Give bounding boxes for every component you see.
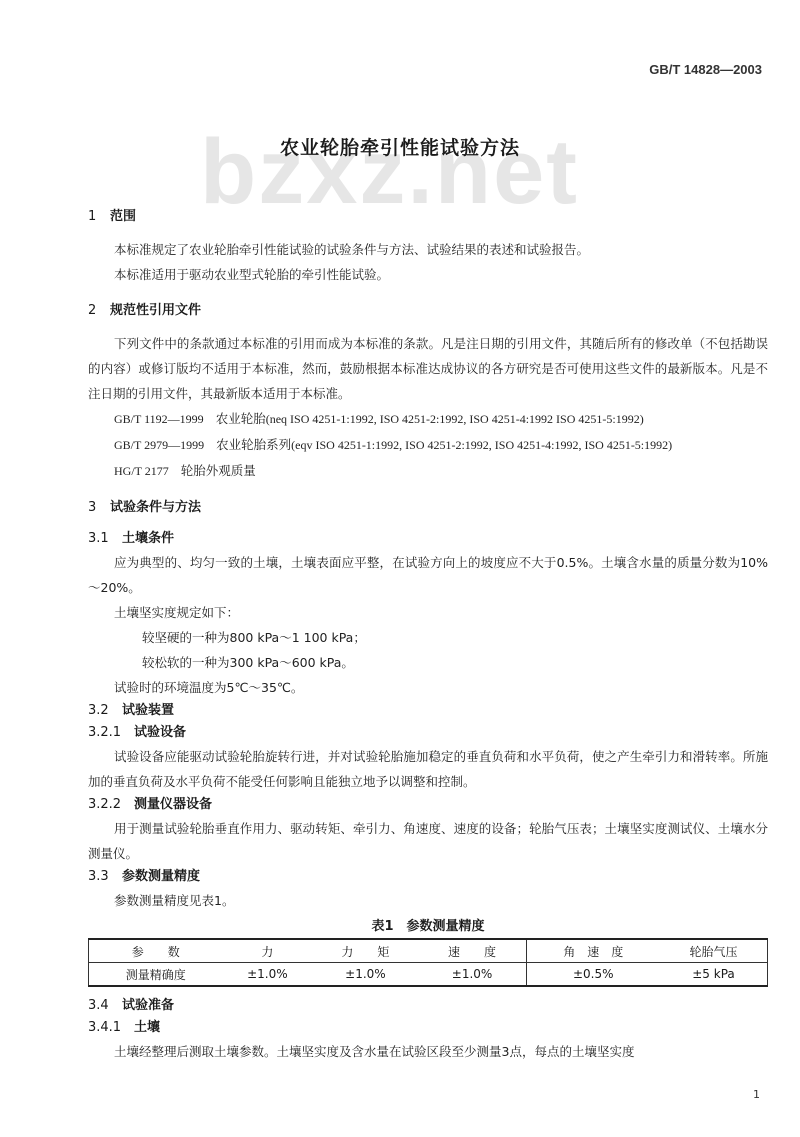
table-cell: ±5 kPa bbox=[660, 963, 767, 987]
table-header-cell: 角 速 度 bbox=[526, 939, 660, 963]
table-header-row: 参 数 力 力 矩 速 度 角 速 度 轮胎气压 bbox=[89, 939, 768, 963]
subsection-3-2-1-heading: 3.2.1试验设备 bbox=[88, 722, 768, 744]
section-title: 土壤 bbox=[134, 1020, 160, 1035]
section-title: 试验装置 bbox=[122, 703, 174, 718]
table-header-cell: 轮胎气压 bbox=[660, 939, 767, 963]
table-cell: ±1.0% bbox=[419, 963, 526, 987]
reference-name: 农业轮胎系列 bbox=[216, 437, 291, 452]
section-number: 3.4.1 bbox=[88, 1017, 134, 1039]
reference-item: GB/T 1192—1999 农业轮胎(neq ISO 4251-1:1992,… bbox=[88, 406, 768, 432]
table-cell: 测量精确度 bbox=[89, 963, 223, 987]
section-title: 试验准备 bbox=[122, 998, 174, 1013]
reference-name: 轮胎外观质量 bbox=[181, 463, 256, 478]
section-number: 3.2.1 bbox=[88, 722, 134, 744]
subsection-3-3-heading: 3.3参数测量精度 bbox=[88, 866, 768, 888]
page-number: 1 bbox=[753, 1088, 760, 1101]
reference-name: 农业轮胎 bbox=[216, 411, 266, 426]
subsection-3-4-heading: 3.4试验准备 bbox=[88, 995, 768, 1017]
standard-code: GB/T 14828—2003 bbox=[649, 62, 762, 77]
table-header-cell: 速 度 bbox=[419, 939, 526, 963]
paragraph: 试验设备应能驱动试验轮胎旋转行进，并对试验轮胎施加稳定的垂直负荷和水平负荷，使之… bbox=[88, 744, 768, 794]
table-caption: 表1 参数测量精度 bbox=[88, 915, 768, 934]
table-header-cell: 力 bbox=[223, 939, 313, 963]
section-title: 规范性引用文件 bbox=[110, 303, 201, 318]
section-title: 参数测量精度 bbox=[122, 869, 200, 884]
paragraph: 试验时的环境温度为5℃～35℃。 bbox=[88, 675, 768, 700]
paragraph: 土壤坚实度规定如下： bbox=[88, 600, 768, 625]
section-title: 试验条件与方法 bbox=[110, 500, 201, 515]
reference-item: HG/T 2177 轮胎外观质量 bbox=[88, 458, 768, 484]
section-title: 测量仪器设备 bbox=[134, 797, 212, 812]
reference-detail: (eqv ISO 4251-1:1992, ISO 4251-2:1992, I… bbox=[291, 438, 672, 452]
paragraph: 土壤经整理后测取土壤参数。土壤坚实度及含水量在试验区段至少测量3点，每点的土壤坚… bbox=[88, 1039, 768, 1064]
section-title: 试验设备 bbox=[134, 725, 186, 740]
table-cell: ±1.0% bbox=[312, 963, 418, 987]
reference-code: GB/T 1192—1999 bbox=[114, 412, 204, 426]
paragraph: 较松软的一种为300 kPa～600 kPa。 bbox=[88, 650, 768, 675]
paragraph: 应为典型的、均匀一致的土壤，土壤表面应平整，在试验方向上的坡度应不大于0.5%。… bbox=[88, 550, 768, 600]
paragraph: 下列文件中的条款通过本标准的引用而成为本标准的条款。凡是注日期的引用文件，其随后… bbox=[88, 331, 768, 406]
section-2-heading: 2规范性引用文件 bbox=[88, 299, 768, 323]
document-title: 农业轮胎牵引性能试验方法 bbox=[0, 133, 800, 160]
subsection-3-2-2-heading: 3.2.2测量仪器设备 bbox=[88, 794, 768, 816]
section-number: 3.3 bbox=[88, 866, 122, 888]
table-cell: ±1.0% bbox=[223, 963, 313, 987]
section-title: 土壤条件 bbox=[122, 531, 174, 546]
subsection-3-2-heading: 3.2试验装置 bbox=[88, 700, 768, 722]
table-row: 测量精确度 ±1.0% ±1.0% ±1.0% ±0.5% ±5 kPa bbox=[89, 963, 768, 987]
paragraph: 用于测量试验轮胎垂直作用力、驱动转矩、牵引力、角速度、速度的设备；轮胎气压表；土… bbox=[88, 816, 768, 866]
subsection-3-1-heading: 3.1土壤条件 bbox=[88, 528, 768, 550]
reference-code: HG/T 2177 bbox=[114, 464, 169, 478]
paragraph: 本标准适用于驱动农业型式轮胎的牵引性能试验。 bbox=[88, 262, 768, 287]
reference-code: GB/T 2979—1999 bbox=[114, 438, 204, 452]
reference-detail: (neq ISO 4251-1:1992, ISO 4251-2:1992, I… bbox=[266, 412, 644, 426]
table-header-cell: 参 数 bbox=[89, 939, 223, 963]
section-number: 3 bbox=[88, 496, 110, 520]
reference-item: GB/T 2979—1999 农业轮胎系列(eqv ISO 4251-1:199… bbox=[88, 432, 768, 458]
section-number: 3.2.2 bbox=[88, 794, 134, 816]
section-number: 3.1 bbox=[88, 528, 122, 550]
parameter-precision-table: 参 数 力 力 矩 速 度 角 速 度 轮胎气压 测量精确度 ±1.0% ±1.… bbox=[88, 938, 768, 987]
document-body: 1范围 本标准规定了农业轮胎牵引性能试验的试验条件与方法、试验结果的表述和试验报… bbox=[88, 205, 768, 1064]
table-cell: ±0.5% bbox=[526, 963, 660, 987]
section-3-heading: 3试验条件与方法 bbox=[88, 496, 768, 520]
paragraph: 本标准规定了农业轮胎牵引性能试验的试验条件与方法、试验结果的表述和试验报告。 bbox=[88, 237, 768, 262]
paragraph: 参数测量精度见表1。 bbox=[88, 888, 768, 913]
section-title: 范围 bbox=[110, 209, 136, 224]
section-number: 2 bbox=[88, 299, 110, 323]
subsection-3-4-1-heading: 3.4.1土壤 bbox=[88, 1017, 768, 1039]
section-number: 1 bbox=[88, 205, 110, 229]
table-header-cell: 力 矩 bbox=[312, 939, 418, 963]
section-number: 3.2 bbox=[88, 700, 122, 722]
section-number: 3.4 bbox=[88, 995, 122, 1017]
section-1-heading: 1范围 bbox=[88, 205, 768, 229]
paragraph: 较坚硬的一种为800 kPa～1 100 kPa； bbox=[88, 625, 768, 650]
